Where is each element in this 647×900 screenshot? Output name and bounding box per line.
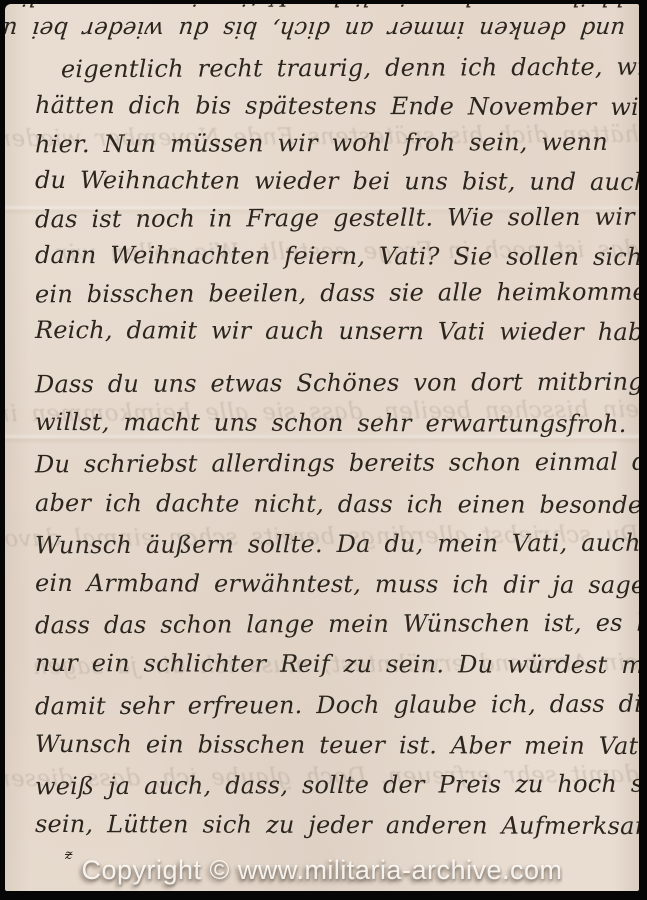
handwriting-line: du Weihnachten wieder bei uns bist, und … <box>35 161 639 201</box>
handwriting-line: ein Armband erwähntest, muss ich dir ja … <box>35 563 639 605</box>
handwriting-line: dass das schon lange mein Wünschen ist, … <box>35 603 639 646</box>
handwriting-line: weiß ja auch, dass, sollte der Preis zu … <box>35 764 639 807</box>
handwriting-line: hätten dich bis spätestens Ende November… <box>35 86 639 126</box>
handwriting-line: Reich, damit wir auch unsern Vati wieder… <box>35 311 639 351</box>
handwriting-line: Wunsch äußern sollte. Da du, mein Vati, … <box>35 522 639 565</box>
handwriting-line: eigentlich recht traurig, denn ich dacht… <box>35 49 639 89</box>
handwriting-line: sein, Lütten sich zu jeder anderen Aufme… <box>35 804 639 846</box>
handwriting-line: hier. Nun müssen wir wohl froh sein, wen… <box>35 124 639 164</box>
handwriting-line: das ist noch in Frage gestellt. Wie soll… <box>35 199 639 239</box>
handwriting-line: Du schriebst allerdings bereits schon ei… <box>35 442 639 485</box>
copyright-watermark: Copyright © www.militaria-archive.com <box>5 855 639 886</box>
scanned-letter-photo: hätten dich bis spätestens Ende November… <box>0 0 647 900</box>
letter-paper: hätten dich bis spätestens Ende November… <box>5 4 639 891</box>
handwriting-line: Dass du uns etwas Schönes von dort mitbr… <box>35 362 639 405</box>
inverted-handwriting-line: und denken immer an dich, bis du wieder … <box>14 16 627 42</box>
handwriting-line: ein bisschen beeilen, dass sie alle heim… <box>35 274 639 314</box>
handwriting-line: dann Weihnachten feiern, Vati? Sie solle… <box>35 236 639 276</box>
handwriting-line: willst, macht uns schon sehr erwartungsf… <box>35 402 639 444</box>
handwriting-line: damit sehr erfreuen. Doch glaube ich, da… <box>35 683 639 726</box>
inverted-handwriting-line: bleib gesund, mein lieber Vati, wir grue… <box>14 4 627 10</box>
handwriting-line: nur ein schlichter Reif zu sein. Du würd… <box>35 643 639 685</box>
handwriting-line: Wunsch ein bisschen teuer ist. Aber mein… <box>35 724 639 766</box>
handwriting-line: aber ich dachte nicht, dass ich einen be… <box>35 483 639 525</box>
letter-body: eigentlich recht traurig, denn ich dacht… <box>35 50 639 845</box>
